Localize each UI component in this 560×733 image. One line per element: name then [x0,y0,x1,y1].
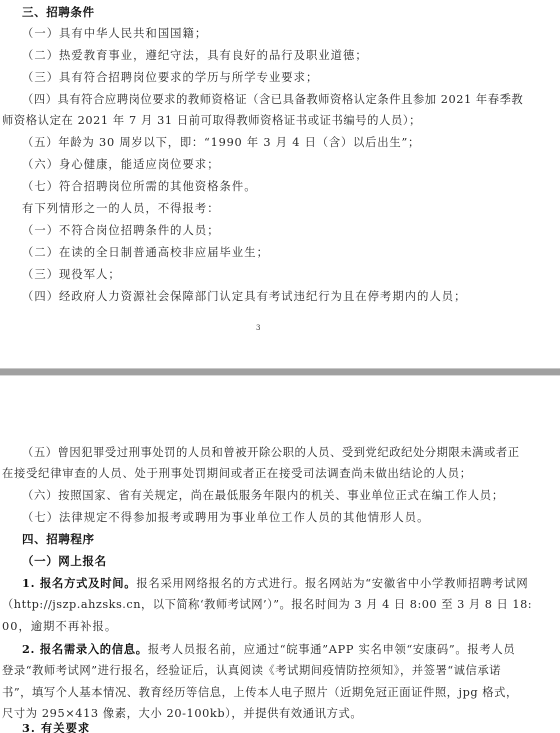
paragraph-line: 00，逾期不再补报。 [2,620,117,634]
paragraph-text: 报考人员报名前，应通过“皖事通”APP 实名申领“安康码”。报考人员 [148,643,516,656]
section-heading-procedure: 四、招聘程序 [22,532,95,546]
paragraph-line: 登录“教师考试网”进行报名，经验证后，认真阅读《考试期间疫情防控须知》，并签署“… [2,664,501,678]
condition-item: （四）具有符合应聘岗位要求的教师资格证（含已具备教师资格认定条件且参加 2021… [22,93,523,107]
condition-item: （二）热爱教育事业，遵纪守法，具有良好的品行及职业道德； [22,49,368,63]
registration-method-paragraph: 1. 报名方式及时间。报名采用网络报名的方式进行。报名网站为“安徽省中小学教师招… [22,576,528,591]
exclusion-item: （二）在读的全日制普通高校非应届毕业生； [22,246,269,260]
paragraph-text: 报名采用网络报名的方式进行。报名网站为“安徽省中小学教师招聘考试网 [136,577,528,590]
section-heading-conditions: 三、招聘条件 [22,5,95,19]
condition-item-continuation: 师资格认定在 2021 年 7 月 31 日前可取得教师资格证书或证书编号的人员… [2,114,421,128]
page-break-divider [0,368,560,376]
paragraph-line: 尺寸为 295×413 像素，大小 20-100kb），并提供有效通讯方式。 [2,707,362,721]
exclusion-item-continuation: 在接受纪律审查的人员、处于刑事处罚期间或者正在接受司法调查尚未做出结论的人员； [2,467,472,481]
document-page-4: （五）曾因犯罪受过刑事处罚的人员和曾被开除公职的人员、受到党纪政纪处分期限未满或… [0,376,560,733]
registration-info-paragraph: 2. 报名需录入的信息。报考人员报名前，应通过“皖事通”APP 实名申领“安康码… [22,642,515,657]
condition-item: （五）年龄为 30 周岁以下，即：“1990 年 3 月 4 日（含）以后出生”… [22,136,420,150]
condition-item: （三）具有符合招聘岗位要求的学历与所学专业要求； [22,71,318,85]
exclusion-item: （一）不符合岗位招聘条件的人员； [22,224,220,238]
paragraph-line: 书”，填写个人基本情况、教育经历等信息，上传本人电子照片（近期免冠正面证件照，j… [2,686,518,700]
item-title: 2. 报名需录入的信息。 [22,642,148,656]
paragraph-line: （http://jszp.ahzsks.cn，以下简称‘教师考试网’）”。报名时… [2,598,532,612]
exclusion-item: （六）按照国家、省有关规定，尚在最低服务年限内的机关、事业单位正式在编工作人员； [22,489,504,503]
exclusion-item: （五）曾因犯罪受过刑事处罚的人员和曾被开除公职的人员、受到党纪政纪处分期限未满或… [22,446,520,460]
condition-item: （一）具有中华人民共和国国籍； [22,27,207,41]
item-title: 1. 报名方式及时间。 [22,576,136,590]
condition-item: （七）符合招聘岗位所需的其他资格条件。 [22,180,257,194]
exclusion-intro: 有下列情形之一的人员，不得报考： [22,202,220,216]
subsection-heading-online-registration: （一）网上报名 [22,554,107,568]
condition-item: （六）身心健康，能适应岗位要求； [22,158,220,172]
page-number: 3 [256,324,260,332]
exclusion-item: （四）经政府人力资源社会保障部门认定具有考试违纪行为且在停考期内的人员； [22,290,467,304]
exclusion-item: （三）现役军人； [22,268,121,282]
document-page-3: 三、招聘条件 （一）具有中华人民共和国国籍； （二）热爱教育事业，遵纪守法，具有… [0,0,560,368]
requirements-heading: 3. 有关要求 [22,721,90,733]
exclusion-item: （七）法律规定不得参加报考或聘用为事业单位工作人员的其他情形人员。 [22,511,429,525]
